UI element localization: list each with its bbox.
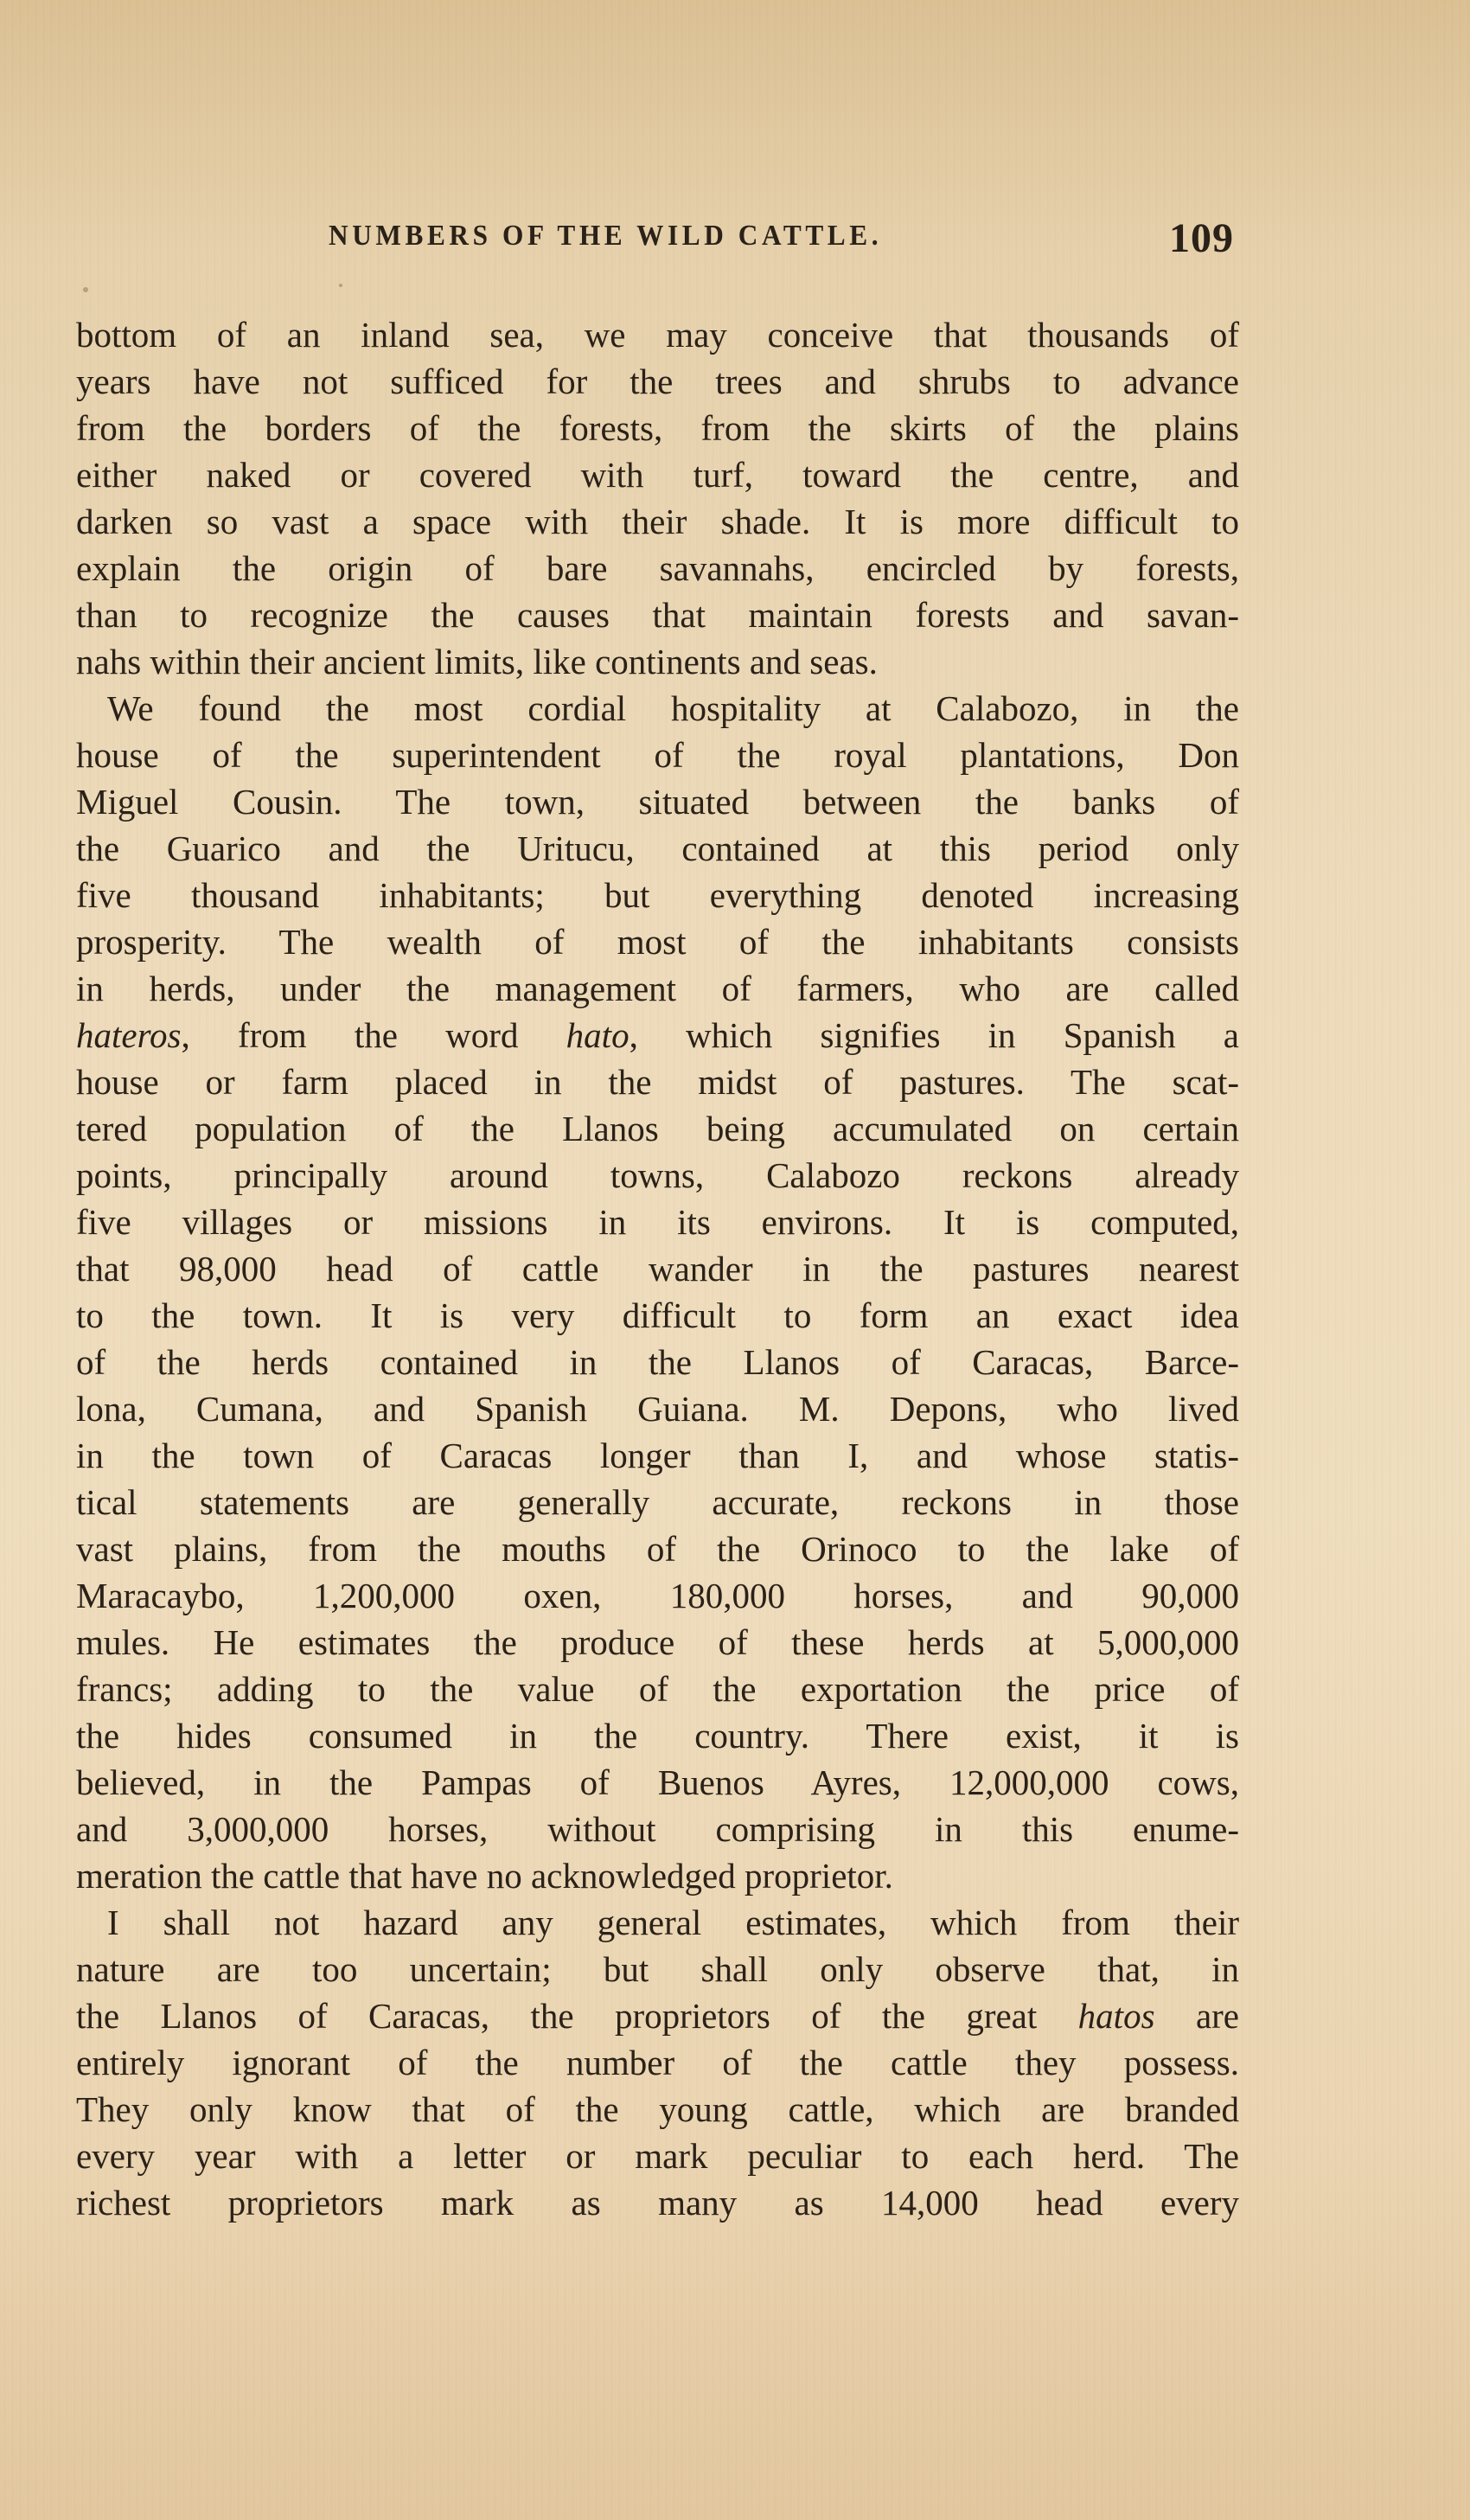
text-line: Maracaybo, 1,200,000 oxen, 180,000 horse…	[76, 1572, 1239, 1619]
text-line: hateros, from the word hato, which signi…	[76, 1012, 1239, 1059]
text-line: to the town. It is very difficult to for…	[76, 1292, 1239, 1339]
text-line: nahs within their ancient limits, like c…	[76, 638, 1239, 685]
text-line: house or farm placed in the midst of pas…	[76, 1059, 1239, 1105]
text-line: prosperity. The wealth of most of the in…	[76, 918, 1239, 965]
text-line: nature are too uncertain; but shall only…	[76, 1946, 1239, 1992]
text-line: mules. He estimates the produce of these…	[76, 1619, 1239, 1666]
text-line: Miguel Cousin. The town, situated betwee…	[76, 778, 1239, 825]
running-title: Numbers of the Wild Cattle.	[329, 220, 882, 253]
text-line: I shall not hazard any general estimates…	[76, 1899, 1239, 1946]
text-line: francs; adding to the value of the expor…	[76, 1666, 1239, 1712]
paragraph-3: I shall not hazard any general estimates…	[76, 1899, 1239, 2226]
text-line: in the town of Caracas longer than I, an…	[76, 1432, 1239, 1479]
text-line: explain the origin of bare savannahs, en…	[76, 545, 1239, 592]
text-line: years have not sufficed for the trees an…	[76, 358, 1239, 405]
ink-speck	[339, 284, 342, 287]
text-line: five thousand inhabitants; but everythin…	[76, 872, 1239, 918]
text-line: entirely ignorant of the number of the c…	[76, 2039, 1239, 2086]
text-line: meration the cattle that have no acknowl…	[76, 1852, 1239, 1899]
text-line: richest proprietors mark as many as 14,0…	[76, 2179, 1239, 2226]
text-line: tical statements are generally accurate,…	[76, 1479, 1239, 1525]
text-line: in herds, under the management of farmer…	[76, 965, 1239, 1012]
text-line: the hides consumed in the country. There…	[76, 1712, 1239, 1759]
text-line: five villages or missions in its environ…	[76, 1199, 1239, 1245]
ink-speck	[83, 287, 88, 292]
text-line: the Llanos of Caracas, the proprietors o…	[76, 1992, 1239, 2039]
paragraph-1: bottom of an inland sea, we may conceive…	[76, 311, 1239, 685]
text-line: We found the most cordial hospitality at…	[76, 685, 1239, 732]
paragraph-2: We found the most cordial hospitality at…	[76, 685, 1239, 1899]
text-line: of the herds contained in the Llanos of …	[76, 1339, 1239, 1385]
text-line: house of the superintendent of the royal…	[76, 732, 1239, 778]
text-line: vast plains, from the mouths of the Orin…	[76, 1525, 1239, 1572]
text-line: the Guarico and the Uritucu, contained a…	[76, 825, 1239, 872]
text-line: They only know that of the young cattle,…	[76, 2086, 1239, 2133]
body-text: bottom of an inland sea, we may conceive…	[76, 311, 1239, 2226]
text-line: lona, Cumana, and Spanish Guiana. M. Dep…	[76, 1385, 1239, 1432]
text-line: believed, in the Pampas of Buenos Ayres,…	[76, 1759, 1239, 1806]
page-number: 109	[1169, 214, 1234, 262]
text-line: and 3,000,000 horses, without comprising…	[76, 1806, 1239, 1852]
text-line: darken so vast a space with their shade.…	[76, 498, 1239, 545]
text-line: tered population of the Llanos being acc…	[76, 1105, 1239, 1152]
text-line: bottom of an inland sea, we may conceive…	[76, 311, 1239, 358]
text-line: that 98,000 head of cattle wander in the…	[76, 1245, 1239, 1292]
running-head: Numbers of the Wild Cattle. 109	[76, 218, 1239, 270]
text-line: from the borders of the forests, from th…	[76, 405, 1239, 451]
text-line: every year with a letter or mark peculia…	[76, 2133, 1239, 2179]
text-line: either naked or covered with turf, towar…	[76, 451, 1239, 498]
text-line: than to recognize the causes that mainta…	[76, 592, 1239, 638]
text-line: points, principally around towns, Calabo…	[76, 1152, 1239, 1199]
